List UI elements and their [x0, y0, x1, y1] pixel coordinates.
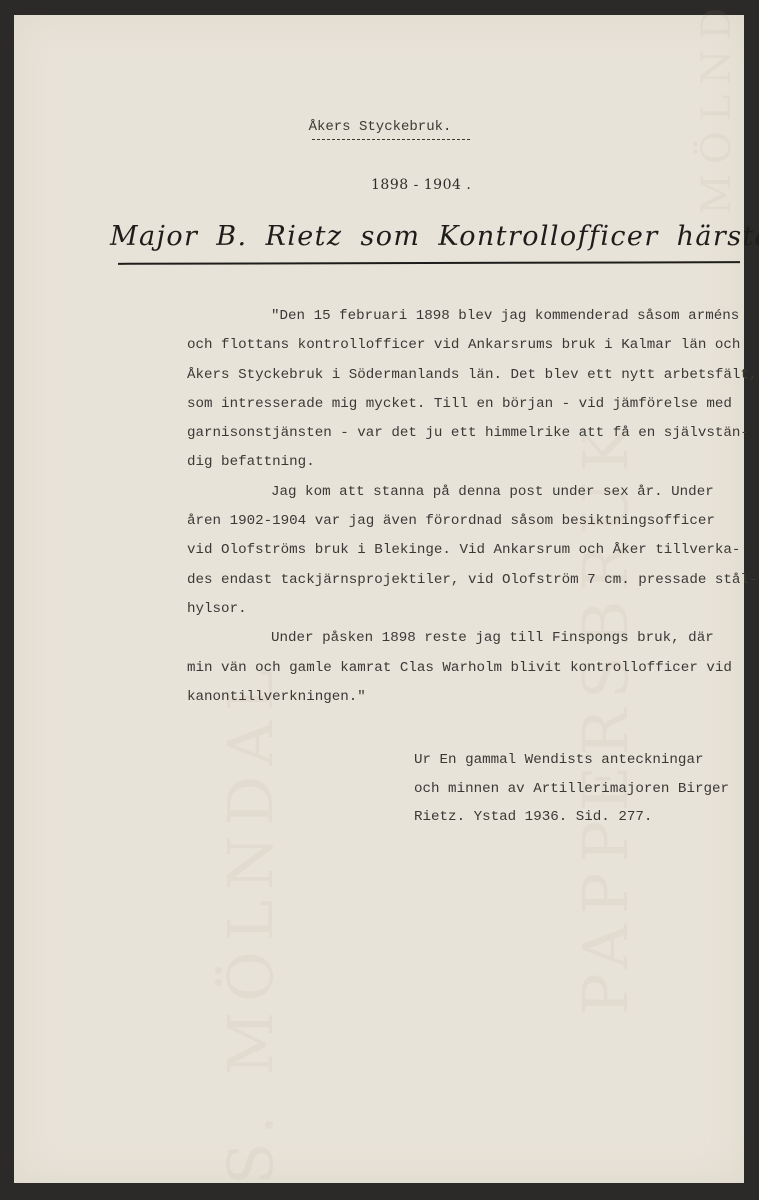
quote-line: "Den 15 februari 1898 blev jag kommender… — [187, 302, 747, 331]
quote-line: Under påsken 1898 reste jag till Finspon… — [187, 624, 747, 653]
document-heading: Åkers Styckebruk. — [14, 119, 744, 135]
quote-line: kanontillverkningen." — [187, 683, 747, 712]
watermark-left: S. MÖLNDAL — [214, 660, 287, 1185]
watermark-right: MÖLNDAL — [694, 0, 740, 215]
quote-line: som intresserade mig mycket. Till en bör… — [187, 390, 747, 419]
quote-line: vid Olofströms bruk i Blekinge. Vid Anka… — [187, 536, 747, 565]
heading-text: Åkers Styckebruk. — [309, 119, 452, 135]
citation-line: Ur En gammal Wendists anteckningar — [414, 746, 729, 775]
quote-line: Åkers Styckebruk i Södermanlands län. De… — [187, 361, 747, 390]
quote-line: åren 1902-1904 var jag även förordnad så… — [187, 507, 747, 536]
citation-line: Rietz. Ystad 1936. Sid. 277. — [414, 803, 729, 832]
handwritten-underline — [118, 261, 740, 265]
quote-body: "Den 15 februari 1898 blev jag kommender… — [187, 302, 747, 712]
quote-line: och flottans kontrollofficer vid Ankarsr… — [187, 331, 747, 360]
quote-line: dig befattning. — [187, 448, 747, 477]
quote-line: Jag kom att stanna på denna post under s… — [187, 478, 747, 507]
quote-line: des endast tackjärnsprojektiler, vid Olo… — [187, 566, 747, 595]
document-page: S. MÖLNDAL PAPPERSBRUK MÖLNDAL Åkers Sty… — [14, 15, 744, 1183]
citation-line: och minnen av Artillerimajoren Birger — [414, 775, 729, 804]
date-range: 1898 - 1904 . — [371, 177, 471, 193]
handwritten-title: Major B. Rietz som Kontrollofficer härst… — [110, 221, 759, 252]
quote-line: hylsor. — [187, 595, 747, 624]
heading-underline — [312, 139, 470, 140]
source-citation: Ur En gammal Wendists anteckningar och m… — [414, 746, 729, 832]
quote-line: min vän och gamle kamrat Clas Warholm bl… — [187, 654, 747, 683]
quote-line: garnisonstjänsten - var det ju ett himme… — [187, 419, 747, 448]
